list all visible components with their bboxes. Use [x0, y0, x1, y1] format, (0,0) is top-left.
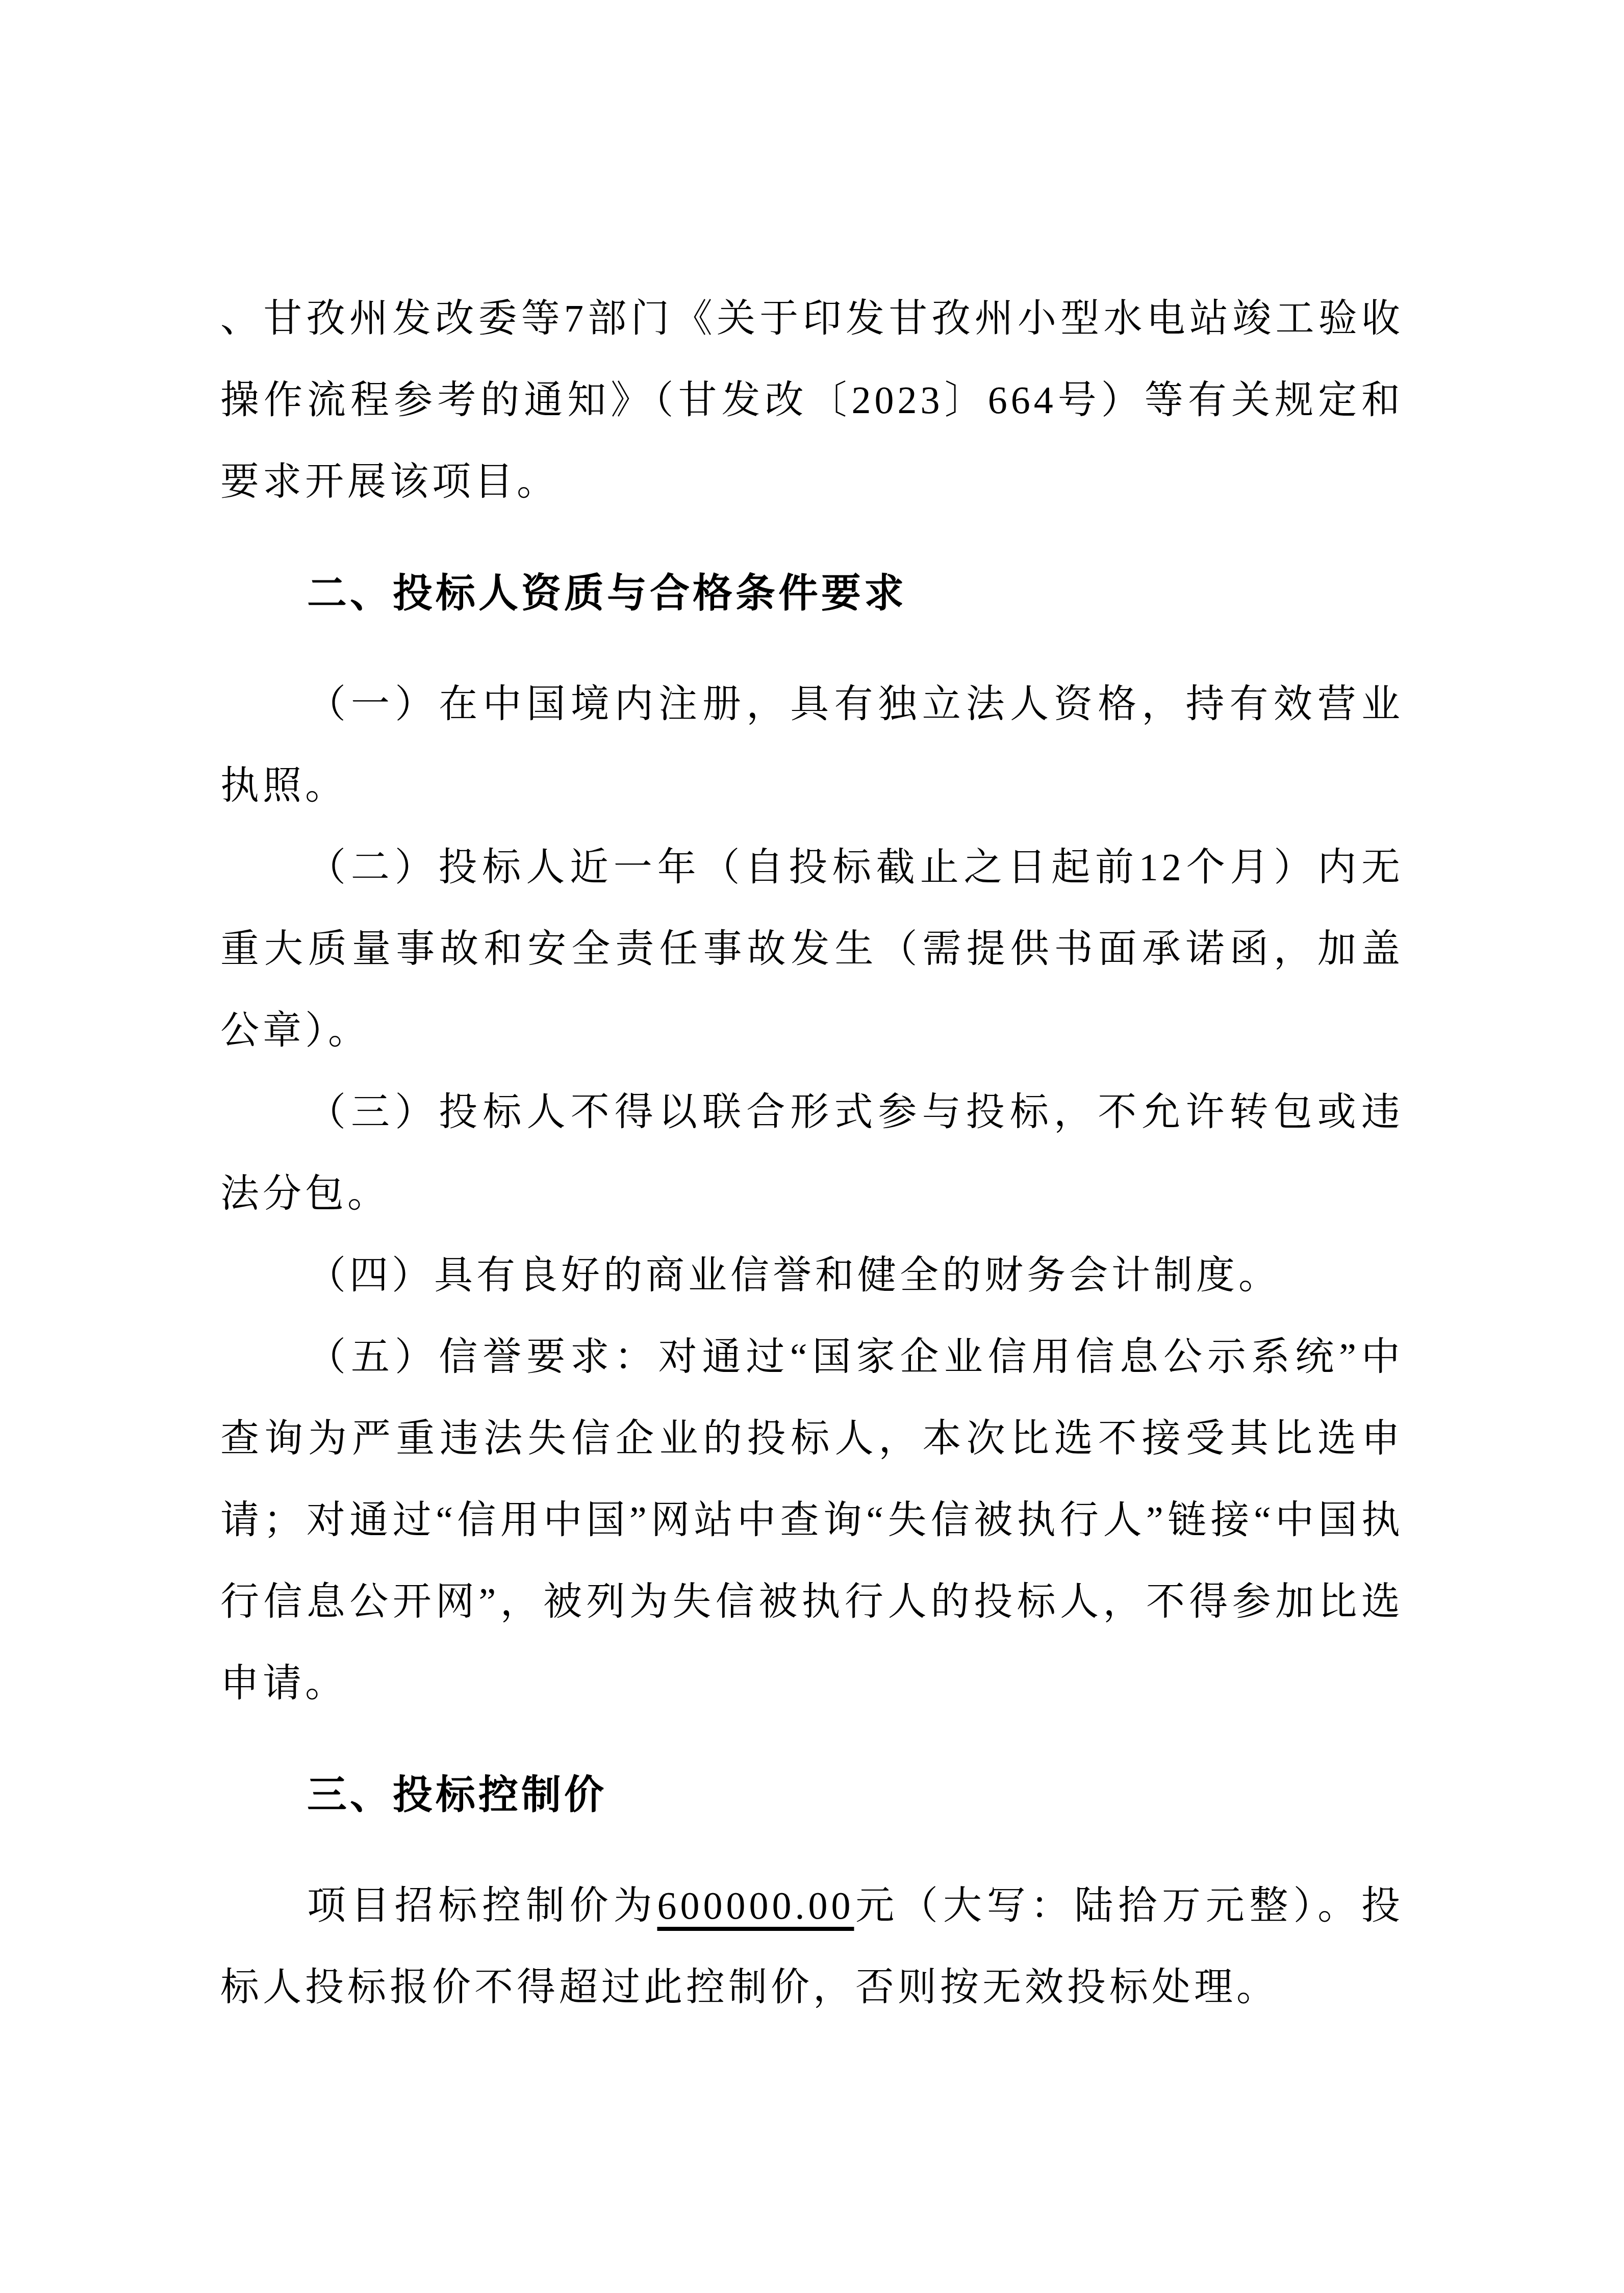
document-page: 、甘孜州发改委等7部门《关于印发甘孜州小型水电站竣工验收操作流程参考的通知》（甘…	[0, 0, 1624, 2293]
control-price-amount: 600000.00	[657, 1884, 854, 1927]
section-3-heading: 三、投标控制价	[220, 1754, 1404, 1836]
clause-item-2: （二）投标人近一年（自投标截止之日起前12个月）内无重大质量事故和安全责任事故发…	[220, 827, 1404, 1072]
control-price-paragraph: 项目招标控制价为600000.00元（大写：陆拾万元整）。投标人投标报价不得超过…	[220, 1865, 1404, 2028]
clause-item-4: （四）具有良好的商业信誉和健全的财务会计制度。	[220, 1235, 1404, 1316]
section-2-heading: 二、投标人资质与合格条件要求	[220, 552, 1404, 634]
continued-paragraph: 、甘孜州发改委等7部门《关于印发甘孜州小型水电站竣工验收操作流程参考的通知》（甘…	[220, 278, 1404, 523]
clause-item-5: （五）信誉要求：对通过“国家企业信用信息公示系统”中查询为严重违法失信企业的投标…	[220, 1316, 1404, 1724]
control-price-prefix: 项目招标控制价为	[307, 1884, 657, 1927]
clause-item-1: （一）在中国境内注册，具有独立法人资格，持有效营业执照。	[220, 664, 1404, 827]
clause-item-3: （三）投标人不得以联合形式参与投标，不允许转包或违法分包。	[220, 1072, 1404, 1235]
